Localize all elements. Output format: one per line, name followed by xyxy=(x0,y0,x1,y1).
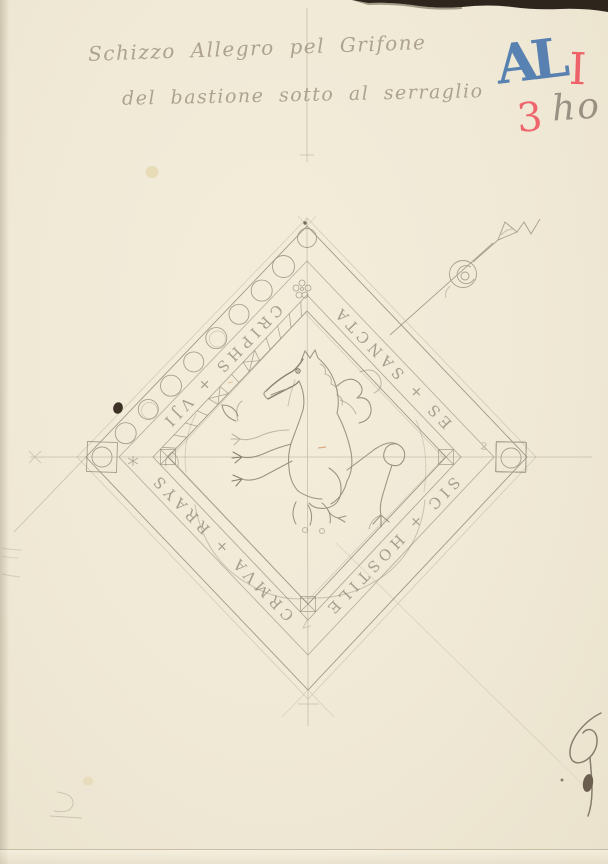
torn-paper-top-edge xyxy=(352,0,608,12)
construction-lines xyxy=(14,8,592,792)
inscription-upper-right: ES + SANCTA xyxy=(329,302,456,433)
rosette-ornament xyxy=(293,280,311,298)
paper-bottom-edge xyxy=(0,849,608,864)
sketch-linework-svg: CRIPHS + VJI ES + SANCTA CRMVA + RRAYS S… xyxy=(0,0,608,864)
pencil-note: ho xyxy=(551,88,602,127)
signature-flourish xyxy=(561,713,602,816)
roundel-border xyxy=(86,229,526,473)
tiny-pencil-numeral: 2 xyxy=(480,441,489,453)
band-inscriptions: CRIPHS + VJI ES + SANCTA CRMVA + RRAYS S… xyxy=(146,301,463,625)
volute-pennant-study xyxy=(390,219,540,335)
scanned-sketch-page: CRIPHS + VJI ES + SANCTA CRMVA + RRAYS S… xyxy=(0,0,608,864)
inscription-upper-left: CRIPHS + VJI xyxy=(158,301,287,434)
red-crayon-number: 3 xyxy=(515,97,544,139)
inscription-lower-left: CRMVA + RRAYS xyxy=(146,469,297,625)
paper-left-edge-shadow xyxy=(0,0,9,864)
ink-blot xyxy=(112,401,124,415)
blue-crayon-mark: AL xyxy=(493,30,565,92)
